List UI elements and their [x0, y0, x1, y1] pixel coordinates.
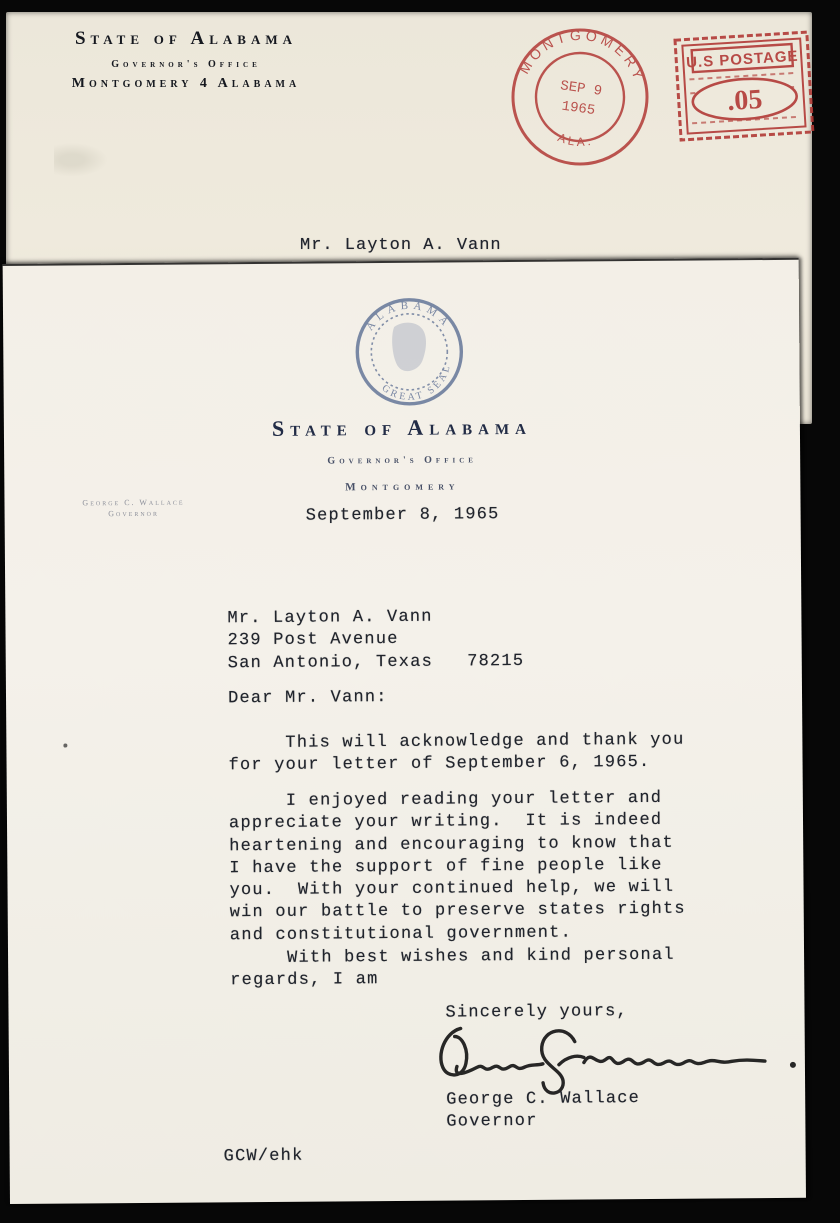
meter-amount: .05: [726, 84, 763, 117]
body-paragraph-3: With best wishes and kind personal regar…: [230, 945, 675, 993]
typed-signer-title: Governor: [446, 1111, 537, 1134]
postmark-state-text: ALA.: [555, 129, 596, 152]
typed-signer-name: George C. Wallace: [446, 1088, 640, 1112]
recipient-address-block: Mr. Layton A. Vann 239 Post Avenue San A…: [227, 606, 524, 675]
letterhead-office: Governor's Office: [4, 452, 800, 469]
letterhead-state-name: State of Alabama: [4, 412, 800, 444]
svg-text:ALA.: ALA.: [555, 129, 596, 152]
ink-dot-artifact: [63, 744, 67, 748]
meter-postage-label: U.S POSTAGE: [686, 48, 799, 72]
envelope-addressee: Mr. Layton A. Vann: [300, 236, 502, 255]
scanned-letter-photo: State of Alabama Governor's Office Montg…: [0, 0, 840, 1223]
svg-text:GREAT SEAL: GREAT SEAL: [379, 362, 453, 403]
return-address-line3: Montgomery 4 Alabama: [46, 76, 326, 92]
postage-meter-stamp-icon: U.S POSTAGE .05: [671, 28, 819, 146]
return-address-line2: Governor's Office: [46, 59, 326, 70]
letterhead-city: Montgomery: [4, 478, 800, 496]
postmark-stamp-icon: MONTGOMERY ALA. SEP 9 1965: [505, 22, 655, 172]
return-address-line1: State of Alabama: [46, 28, 326, 50]
postmark-date-line1: SEP 9: [559, 78, 603, 100]
seal-bottom-text: GREAT SEAL: [379, 362, 453, 403]
body-paragraph-2: I enjoyed reading your letter and apprec…: [229, 788, 686, 948]
body-paragraph-1: This will acknowledge and thank you for …: [228, 730, 684, 778]
envelope-return-address: State of Alabama Governor's Office Montg…: [46, 28, 326, 92]
salutation: Dear Mr. Vann:: [228, 687, 388, 711]
letter-sheet: ALABAMA GREAT SEAL State of Alabama Gove…: [3, 258, 806, 1204]
reference-initials: GCW/ehk: [224, 1146, 304, 1169]
state-seal-icon: ALABAMA GREAT SEAL: [350, 292, 469, 411]
pencil-smudge: [54, 140, 114, 180]
postmark-date-line2: 1965: [561, 99, 597, 120]
